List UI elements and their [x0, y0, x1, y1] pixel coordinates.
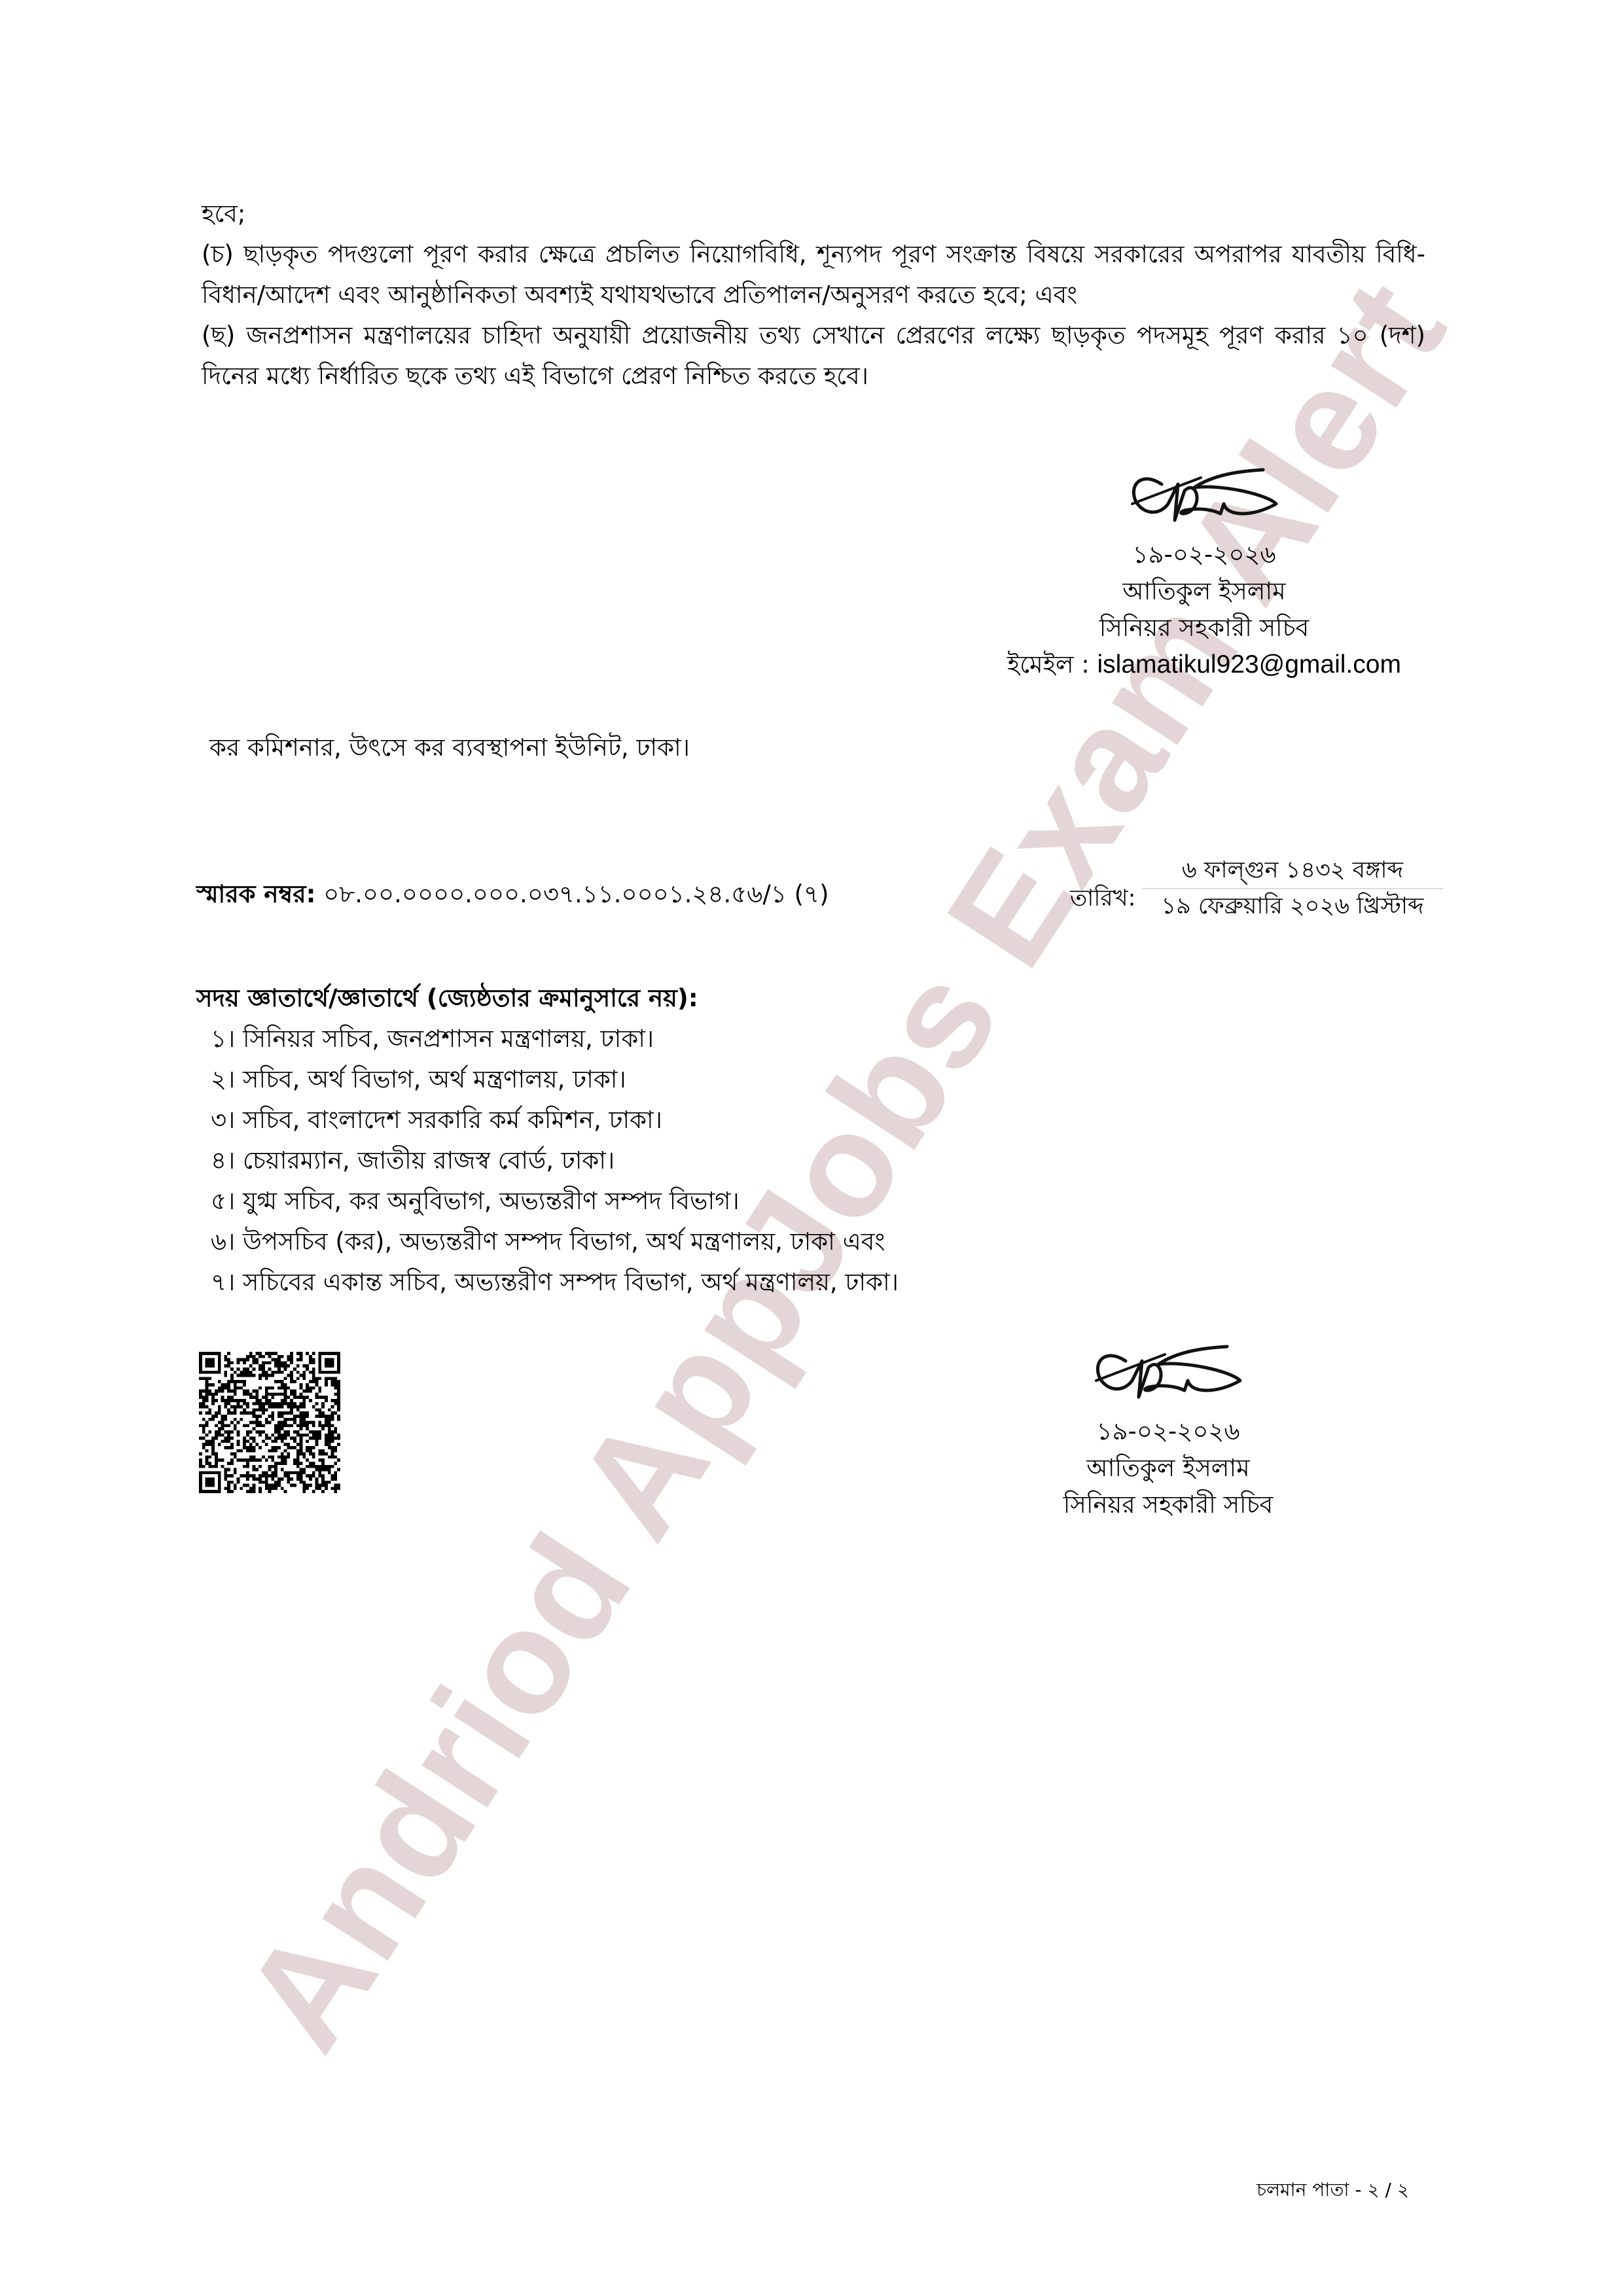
- email-label: ইমেইল :: [1007, 650, 1097, 679]
- email-link[interactable]: islamatikul923@gmail.com: [1097, 650, 1401, 679]
- page-footer: চলমান পাতা - ২ / ২: [1257, 2176, 1409, 2206]
- list-item: ১। সিনিয়র সচিব, জনপ্রশাসন মন্ত্রণালয়, …: [211, 1019, 899, 1059]
- signature-date: ১৯-০২-২০২৬: [1021, 1413, 1315, 1450]
- signature-icon: [1122, 458, 1286, 530]
- signature-icon: [1086, 1335, 1250, 1407]
- list-item: ৬। উপসচিব (কর), অভ্যন্তরীণ সম্পদ বিভাগ, …: [211, 1222, 899, 1262]
- list-item: ৪। চেয়ারম্যান, জাতীয় রাজস্ব বোর্ড, ঢাক…: [211, 1140, 899, 1181]
- recipient: কর কমিশনার, উৎসে কর ব্যবস্থাপনা ইউনিট, ঢ…: [209, 730, 690, 766]
- signature-date: ১৯-০২-২০২৬: [969, 537, 1440, 573]
- list-item: ২। সচিব, অর্থ বিভাগ, অর্থ মন্ত্রণালয়, ঢ…: [211, 1059, 899, 1100]
- date-gregorian: ১৯ ফেব্রুয়ারি ২০২৬ খ্রিস্টাব্দ: [1142, 889, 1443, 923]
- signatory-designation: সিনিয়র সহকারী সচিব: [1021, 1487, 1315, 1523]
- signature-block-2: ১৯-০২-২০২৬ আতিকুল ইসলাম সিনিয়র সহকারী স…: [1021, 1335, 1315, 1523]
- list-item: ৫। যুগ্ম সচিব, কর অনুবিভাগ, অভ্যন্তরীণ স…: [211, 1181, 899, 1222]
- signatory-designation: সিনিয়র সহকারী সচিব: [969, 610, 1440, 646]
- signatory-name: আতিকুল ইসলাম: [1021, 1450, 1315, 1487]
- memo-number-row: স্মারক নম্বর: ০৮.০০.০০০০.০০০.০৩৭.১১.০০০১…: [196, 875, 829, 916]
- paragraph-cha: (চ) ছাড়কৃত পদগুলো পূরণ করার ক্ষেত্রে প্…: [202, 234, 1425, 315]
- paragraph-chha: (ছ) জনপ্রশাসন মন্ত্রণালয়ের চাহিদা অনুযা…: [202, 315, 1425, 397]
- date-label: তারিখ:: [1070, 880, 1135, 919]
- memo-label: স্মারক নম্বর:: [196, 880, 315, 908]
- document-page: হবে; (চ) ছাড়কৃত পদগুলো পূরণ করার ক্ষেত্…: [0, 0, 1623, 2296]
- signatory-email-row: ইমেইল : islamatikul923@gmail.com: [969, 646, 1440, 683]
- signatory-name: আতিকুল ইসলাম: [969, 573, 1440, 610]
- memo-number: ০৮.০০.০০০০.০০০.০৩৭.১১.০০০১.২৪.৫৬/১ (৭): [323, 880, 829, 908]
- signature-block-1: ১৯-০২-২০২৬ আতিকুল ইসলাম সিনিয়র সহকারী স…: [969, 458, 1440, 683]
- list-item: ৭। সচিবের একান্ত সচিব, অভ্যন্তরীণ সম্পদ …: [211, 1262, 899, 1303]
- cc-list: সদয় জ্ঞাতার্থে/জ্ঞাতার্থে (জ্যেষ্ঠতার ক…: [196, 978, 899, 1303]
- list-item: ৩। সচিব, বাংলাদেশ সরকারি কর্ম কমিশন, ঢাক…: [211, 1100, 899, 1140]
- date-bangla: ৬ ফাল্গুন ১৪৩২ বঙ্গাব্দ: [1142, 854, 1443, 889]
- paragraph-continuation: হবে;: [202, 194, 1425, 234]
- cc-title: সদয় জ্ঞাতার্থে/জ্ঞাতার্থে (জ্যেষ্ঠতার ক…: [196, 978, 899, 1019]
- qr-code-icon: [199, 1352, 340, 1493]
- body-text: হবে; (চ) ছাড়কৃত পদগুলো পূরণ করার ক্ষেত্…: [202, 194, 1425, 397]
